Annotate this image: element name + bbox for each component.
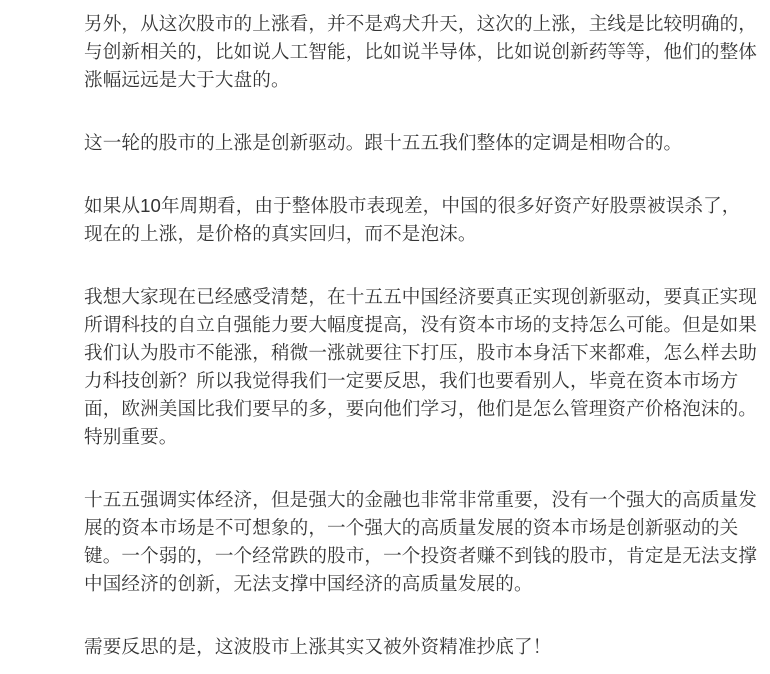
paragraph: 另外，从这次股市的上涨看，并不是鸡犬升天，这次的上涨，主线是比较明确的， 与创新… [84,10,758,94]
paragraph: 我想大家现在已经感受清楚，在十五五中国经济要真正实现创新驱动，要真正实现 所谓科… [84,283,758,451]
text-line: 如果从10年周期看，由于整体股市表现差，中国的很多好资产好股票被误杀了， [84,192,758,220]
article-body: 另外，从这次股市的上涨看，并不是鸡犬升天，这次的上涨，主线是比较明确的， 与创新… [0,0,770,661]
text-line: 现在的上涨，是价格的真实回归，而不是泡沫。 [84,220,758,248]
text-line: 面，欧洲美国比我们要早的多，要向他们学习，他们是怎么管理资产价格泡沫的。 [84,395,758,423]
text-line: 力科技创新？所以我觉得我们一定要反思，我们也要看别人，毕竟在资本市场方 [84,367,758,395]
text-line: 另外，从这次股市的上涨看，并不是鸡犬升天，这次的上涨，主线是比较明确的， [84,10,758,38]
paragraph: 如果从10年周期看，由于整体股市表现差，中国的很多好资产好股票被误杀了， 现在的… [84,192,758,248]
text-line: 与创新相关的，比如说人工智能，比如说半导体，比如说创新药等等，他们的整体 [84,38,758,66]
text-line: 涨幅远远是大于大盘的。 [84,66,758,94]
text-line: 中国经济的创新，无法支撑中国经济的高质量发展的。 [84,570,758,598]
text-line: 需要反思的是，这波股市上涨其实又被外资精准抄底了！ [84,633,758,661]
text-line: 键。一个弱的，一个经常跌的股市，一个投资者赚不到钱的股市，肯定是无法支撑 [84,542,758,570]
text-line: 我想大家现在已经感受清楚，在十五五中国经济要真正实现创新驱动，要真正实现 [84,283,758,311]
text-line: 特别重要。 [84,423,758,451]
text-line: 这一轮的股市的上涨是创新驱动。跟十五五我们整体的定调是相吻合的。 [84,129,758,157]
paragraph: 这一轮的股市的上涨是创新驱动。跟十五五我们整体的定调是相吻合的。 [84,129,758,157]
text-line: 所谓科技的自立自强能力要大幅度提高，没有资本市场的支持怎么可能。但是如果 [84,311,758,339]
text-line: 我们认为股市不能涨，稍微一涨就要往下打压，股市本身活下来都难，怎么样去助 [84,339,758,367]
paragraph: 需要反思的是，这波股市上涨其实又被外资精准抄底了！ [84,633,758,661]
text-line: 展的资本市场是不可想象的，一个强大的高质量发展的资本市场是创新驱动的关 [84,514,758,542]
text-line: 十五五强调实体经济，但是强大的金融也非常非常重要，没有一个强大的高质量发 [84,486,758,514]
paragraph: 十五五强调实体经济，但是强大的金融也非常非常重要，没有一个强大的高质量发 展的资… [84,486,758,598]
